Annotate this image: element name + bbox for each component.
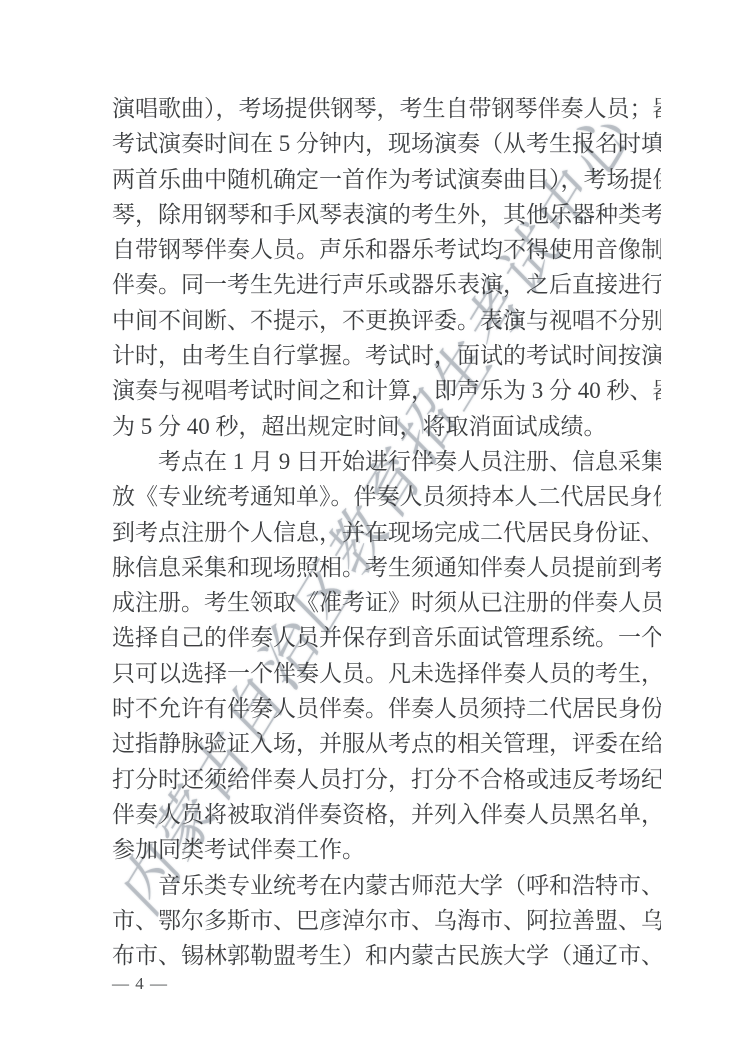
doc-line: 自带钢琴伴奏人员。声乐和器乐考试均不得使用音像制品作 xyxy=(112,232,661,267)
doc-line: 过指静脉验证入场，并服从考点的相关管理，评委在给考生 xyxy=(112,726,661,761)
doc-line: 参加同类考试伴奏工作。 xyxy=(112,832,661,867)
doc-line: 为 5 分 40 秒，超出规定时间，将取消面试成绩。 xyxy=(112,409,661,444)
doc-line: 伴奏人员将被取消伴奏资格，并列入伴奏人员黑名单，不得 xyxy=(112,797,661,832)
doc-line: 放《专业统考通知单》。伴奏人员须持本人二代居民身份证 xyxy=(112,479,661,514)
doc-line: 成注册。考生领取《准考证》时须从已注册的伴奏人员库中 xyxy=(112,585,661,620)
doc-line: 市、鄂尔多斯市、巴彦淖尔市、乌海市、阿拉善盟、乌兰察 xyxy=(112,903,661,938)
doc-line: 音乐类专业统考在内蒙古师范大学（呼和浩特市、包头 xyxy=(112,868,661,903)
doc-line: 考试演奏时间在 5 分钟内，现场演奏（从考生报名时填报的 xyxy=(112,126,661,161)
page-number: — 4 — xyxy=(112,974,168,994)
doc-line: 时不允许有伴奏人员伴奏。伴奏人员须持二代居民身份证通 xyxy=(112,691,661,726)
doc-line: 琴，除用钢琴和手风琴表演的考生外，其他乐器种类考生可 xyxy=(112,197,661,232)
doc-line: 选择自己的伴奏人员并保存到音乐面试管理系统。一个考生 xyxy=(112,620,661,655)
doc-line: 脉信息采集和现场照相。考生须通知伴奏人员提前到考点完 xyxy=(112,550,661,585)
doc-line: 演奏与视唱考试时间之和计算，即声乐为 3 分 40 秒、器乐 xyxy=(112,373,661,408)
doc-line: 打分时还须给伴奏人员打分，打分不合格或违反考场纪律的 xyxy=(112,762,661,797)
paragraph: 音乐类专业统考在内蒙古师范大学（呼和浩特市、包头 市、鄂尔多斯市、巴彦淖尔市、乌… xyxy=(112,868,661,974)
doc-line: 演唱歌曲），考场提供钢琴，考生自带钢琴伴奏人员；器乐 xyxy=(112,91,661,126)
scanned-document-page: 内蒙古自治区教育招生考试中心 演唱歌曲），考场提供钢琴，考生自带钢琴伴奏人员；器… xyxy=(0,0,744,1053)
doc-line: 伴奏。同一考生先进行声乐或器乐表演，之后直接进行视唱， xyxy=(112,267,661,302)
doc-line: 考点在 1 月 9 日开始进行伴奏人员注册、信息采集和发 xyxy=(112,444,661,479)
doc-line: 布市、锡林郭勒盟考生）和内蒙古民族大学（通辽市、赤峰 xyxy=(112,938,661,973)
doc-line: 只可以选择一个伴奏人员。凡未选择伴奏人员的考生，表演 xyxy=(112,656,661,691)
paragraph: 演唱歌曲），考场提供钢琴，考生自带钢琴伴奏人员；器乐 考试演奏时间在 5 分钟内… xyxy=(112,91,661,444)
paragraph: 考点在 1 月 9 日开始进行伴奏人员注册、信息采集和发 放《专业统考通知单》。… xyxy=(112,444,661,868)
document-body: 演唱歌曲），考场提供钢琴，考生自带钢琴伴奏人员；器乐 考试演奏时间在 5 分钟内… xyxy=(112,91,661,973)
doc-line: 到考点注册个人信息，并在现场完成二代居民身份证、指静 xyxy=(112,515,661,550)
doc-line: 计时，由考生自行掌握。考试时，面试的考试时间按演唱或 xyxy=(112,338,661,373)
doc-line: 中间不间断、不提示，不更换评委。表演与视唱不分别单独 xyxy=(112,303,661,338)
doc-line: 两首乐曲中随机确定一首作为考试演奏曲目），考场提供钢 xyxy=(112,162,661,197)
